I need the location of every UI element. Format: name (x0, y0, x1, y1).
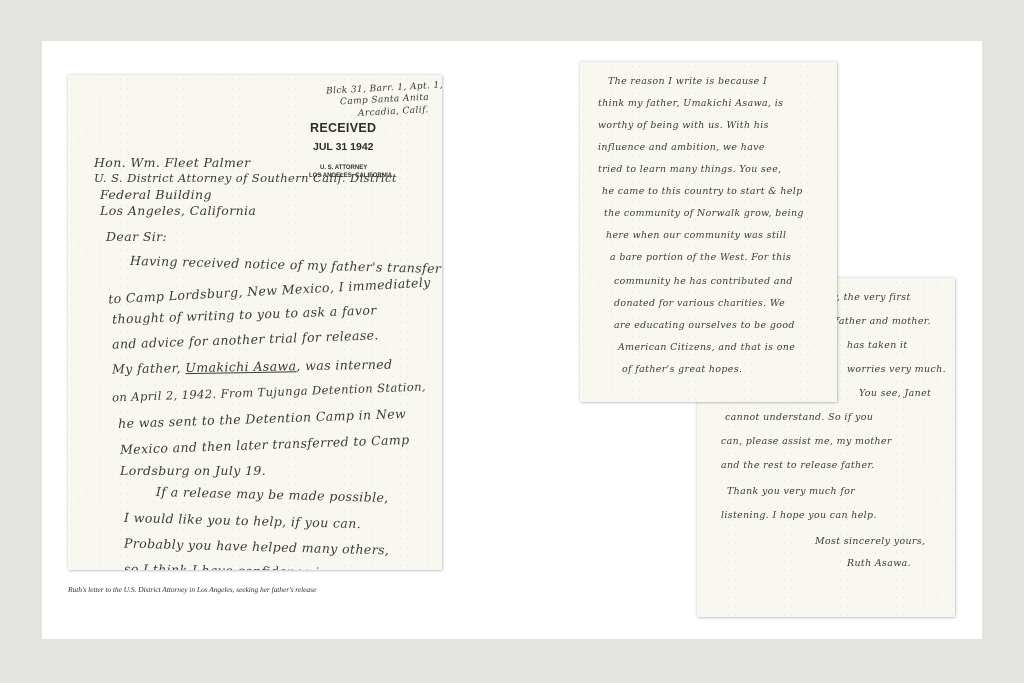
body-line: he was sent to the Detention Camp in New (118, 406, 407, 431)
body-line: Having received notice of my father's tr… (130, 253, 442, 276)
salutation: Dear Sir: (106, 229, 167, 244)
body-line: has taken it (847, 340, 908, 351)
letter-page-2: The reason I write is because I think my… (580, 62, 837, 402)
letter-page-1: Blck 31, Barr. 1, Apt. 1, U17 Camp Santa… (68, 75, 442, 570)
received-stamp: RECEIVED (310, 121, 376, 135)
figure-caption: Ruth's letter to the U.S. District Attor… (68, 585, 316, 594)
return-address-line: Arcadia, Calif. (358, 105, 429, 119)
body-line: are educating ourselves to be good (614, 320, 795, 331)
body-line: he came to this country to start & help (602, 186, 803, 197)
body-line: Mexico and then later transferred to Cam… (120, 432, 410, 457)
father-name: Umakichi Asawa (185, 358, 296, 375)
body-line: community he has contributed and (614, 276, 793, 287)
body-line: and the rest to release father. (721, 460, 875, 471)
body-line: worries very much. (847, 364, 946, 375)
body-line: tried to learn many things. You see, (598, 164, 782, 175)
body-line: Probably you have helped many others, (124, 536, 390, 558)
body-line: and advice for another trial for release… (112, 327, 379, 351)
body-line: a bare portion of the West. For this (610, 252, 791, 263)
recipient-line: Los Angeles, California (100, 203, 256, 218)
recipient-line: Hon. Wm. Fleet Palmer (94, 155, 250, 170)
signature: Ruth Asawa. (847, 558, 911, 569)
body-line: Thank you very much for (727, 486, 855, 497)
body-line: thought of writing to you to ask a favor (112, 302, 377, 326)
recipient-line: U. S. District Attorney of Southern Cali… (94, 171, 397, 185)
body-line: donated for various charities. We (614, 298, 785, 309)
body-line: can, please assist me, my mother (721, 436, 892, 447)
body-line: My father, Umakichi Asawa, was interned (112, 357, 393, 377)
body-line: cannot understand. So if you (725, 412, 873, 423)
book-spread: Blck 31, Barr. 1, Apt. 1, U17 Camp Santa… (42, 41, 982, 639)
recipient-line: Federal Building (100, 187, 212, 202)
body-line: If a release may be made possible, (156, 484, 389, 505)
body-line: here when our community was still (606, 230, 786, 241)
body-line: I would like you to help, if you can. (124, 510, 361, 531)
body-line: the community of Norwalk grow, being (604, 208, 804, 219)
body-line: influence and ambition, we have (598, 142, 765, 153)
body-line: You see, Janet (859, 388, 931, 399)
body-line: think my father, Umakichi Asawa, is (598, 98, 783, 109)
body-line: to Camp Lordsburg, New Mexico, I immedia… (108, 275, 431, 307)
body-line: The reason I write is because I (608, 76, 767, 87)
body-text: , was interned (296, 357, 392, 374)
received-stamp-date: JUL 31 1942 (313, 141, 374, 153)
body-line: listening. I hope you can help. (721, 510, 877, 521)
body-text: My father, (112, 360, 186, 376)
body-line: of father's great hopes. (622, 364, 742, 375)
body-line: Lordsburg on July 19. (120, 463, 266, 478)
body-line: father and mother. (835, 316, 931, 327)
body-line: American Citizens, and that is one (618, 342, 795, 353)
body-line: on April 2, 1942. From Tujunga Detention… (112, 380, 426, 405)
body-line: so I think I have confidence in (124, 561, 328, 570)
closing: Most sincerely yours, (815, 536, 925, 547)
body-line: ly, the very first (829, 292, 911, 303)
body-line: worthy of being with us. With his (598, 120, 769, 131)
